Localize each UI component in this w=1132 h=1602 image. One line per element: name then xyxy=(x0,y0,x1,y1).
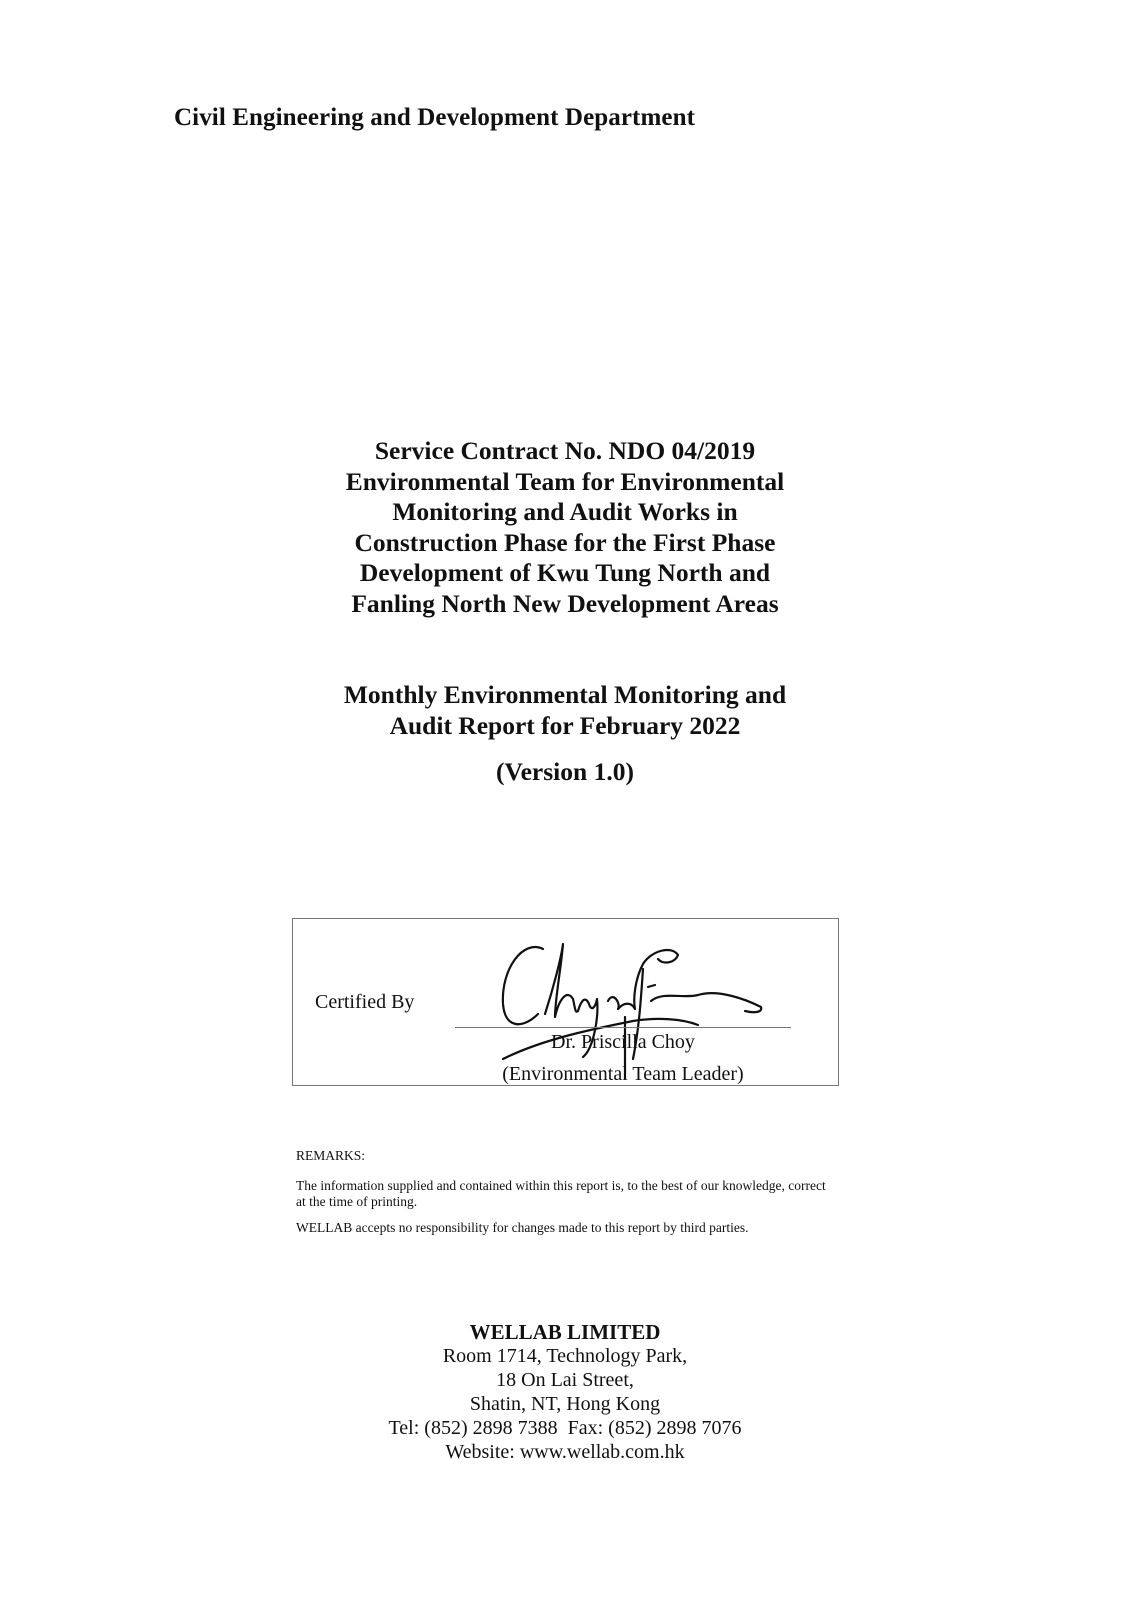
title-line: Construction Phase for the First Phase xyxy=(300,528,830,559)
contact-line: Tel: (852) 2898 7388 Fax: (852) 2898 707… xyxy=(300,1416,830,1440)
address-line: Room 1714, Technology Park, xyxy=(300,1344,830,1368)
address-line: 18 On Lai Street, xyxy=(300,1368,830,1392)
title-line: Monitoring and Audit Works in xyxy=(300,497,830,528)
remarks-paragraph: WELLAB accepts no responsibility for cha… xyxy=(296,1220,826,1236)
remarks-paragraph: The information supplied and contained w… xyxy=(296,1178,826,1210)
contract-title: Service Contract No. NDO 04/2019 Environ… xyxy=(300,436,830,619)
remarks-heading: REMARKS: xyxy=(296,1148,826,1164)
address-line: Shatin, NT, Hong Kong xyxy=(300,1392,830,1416)
title-line: Fanling North New Development Areas xyxy=(300,589,830,620)
title-line: Service Contract No. NDO 04/2019 xyxy=(300,436,830,467)
signature-line xyxy=(455,1027,791,1028)
report-version: (Version 1.0) xyxy=(300,757,830,787)
signer-role: (Environmental Team Leader) xyxy=(455,1063,791,1086)
title-line: Environmental Team for Environmental xyxy=(300,467,830,498)
certified-by-label: Certified By xyxy=(315,991,414,1014)
certification-box: Certified By Dr. Priscilla Choy (Environ… xyxy=(292,918,839,1086)
department-name: Civil Engineering and Development Depart… xyxy=(174,104,695,132)
report-title-line: Audit Report for February 2022 xyxy=(300,711,830,742)
company-name: WELLAB LIMITED xyxy=(300,1320,830,1344)
remarks-section: REMARKS: The information supplied and co… xyxy=(296,1148,826,1246)
signature-icon xyxy=(483,929,803,1079)
report-title: Monthly Environmental Monitoring and Aud… xyxy=(300,680,830,741)
title-line: Development of Kwu Tung North and xyxy=(300,558,830,589)
company-info: WELLAB LIMITED Room 1714, Technology Par… xyxy=(300,1320,830,1464)
signer-name: Dr. Priscilla Choy xyxy=(455,1031,791,1054)
report-title-line: Monthly Environmental Monitoring and xyxy=(300,680,830,711)
website-line: Website: www.wellab.com.hk xyxy=(300,1440,830,1464)
